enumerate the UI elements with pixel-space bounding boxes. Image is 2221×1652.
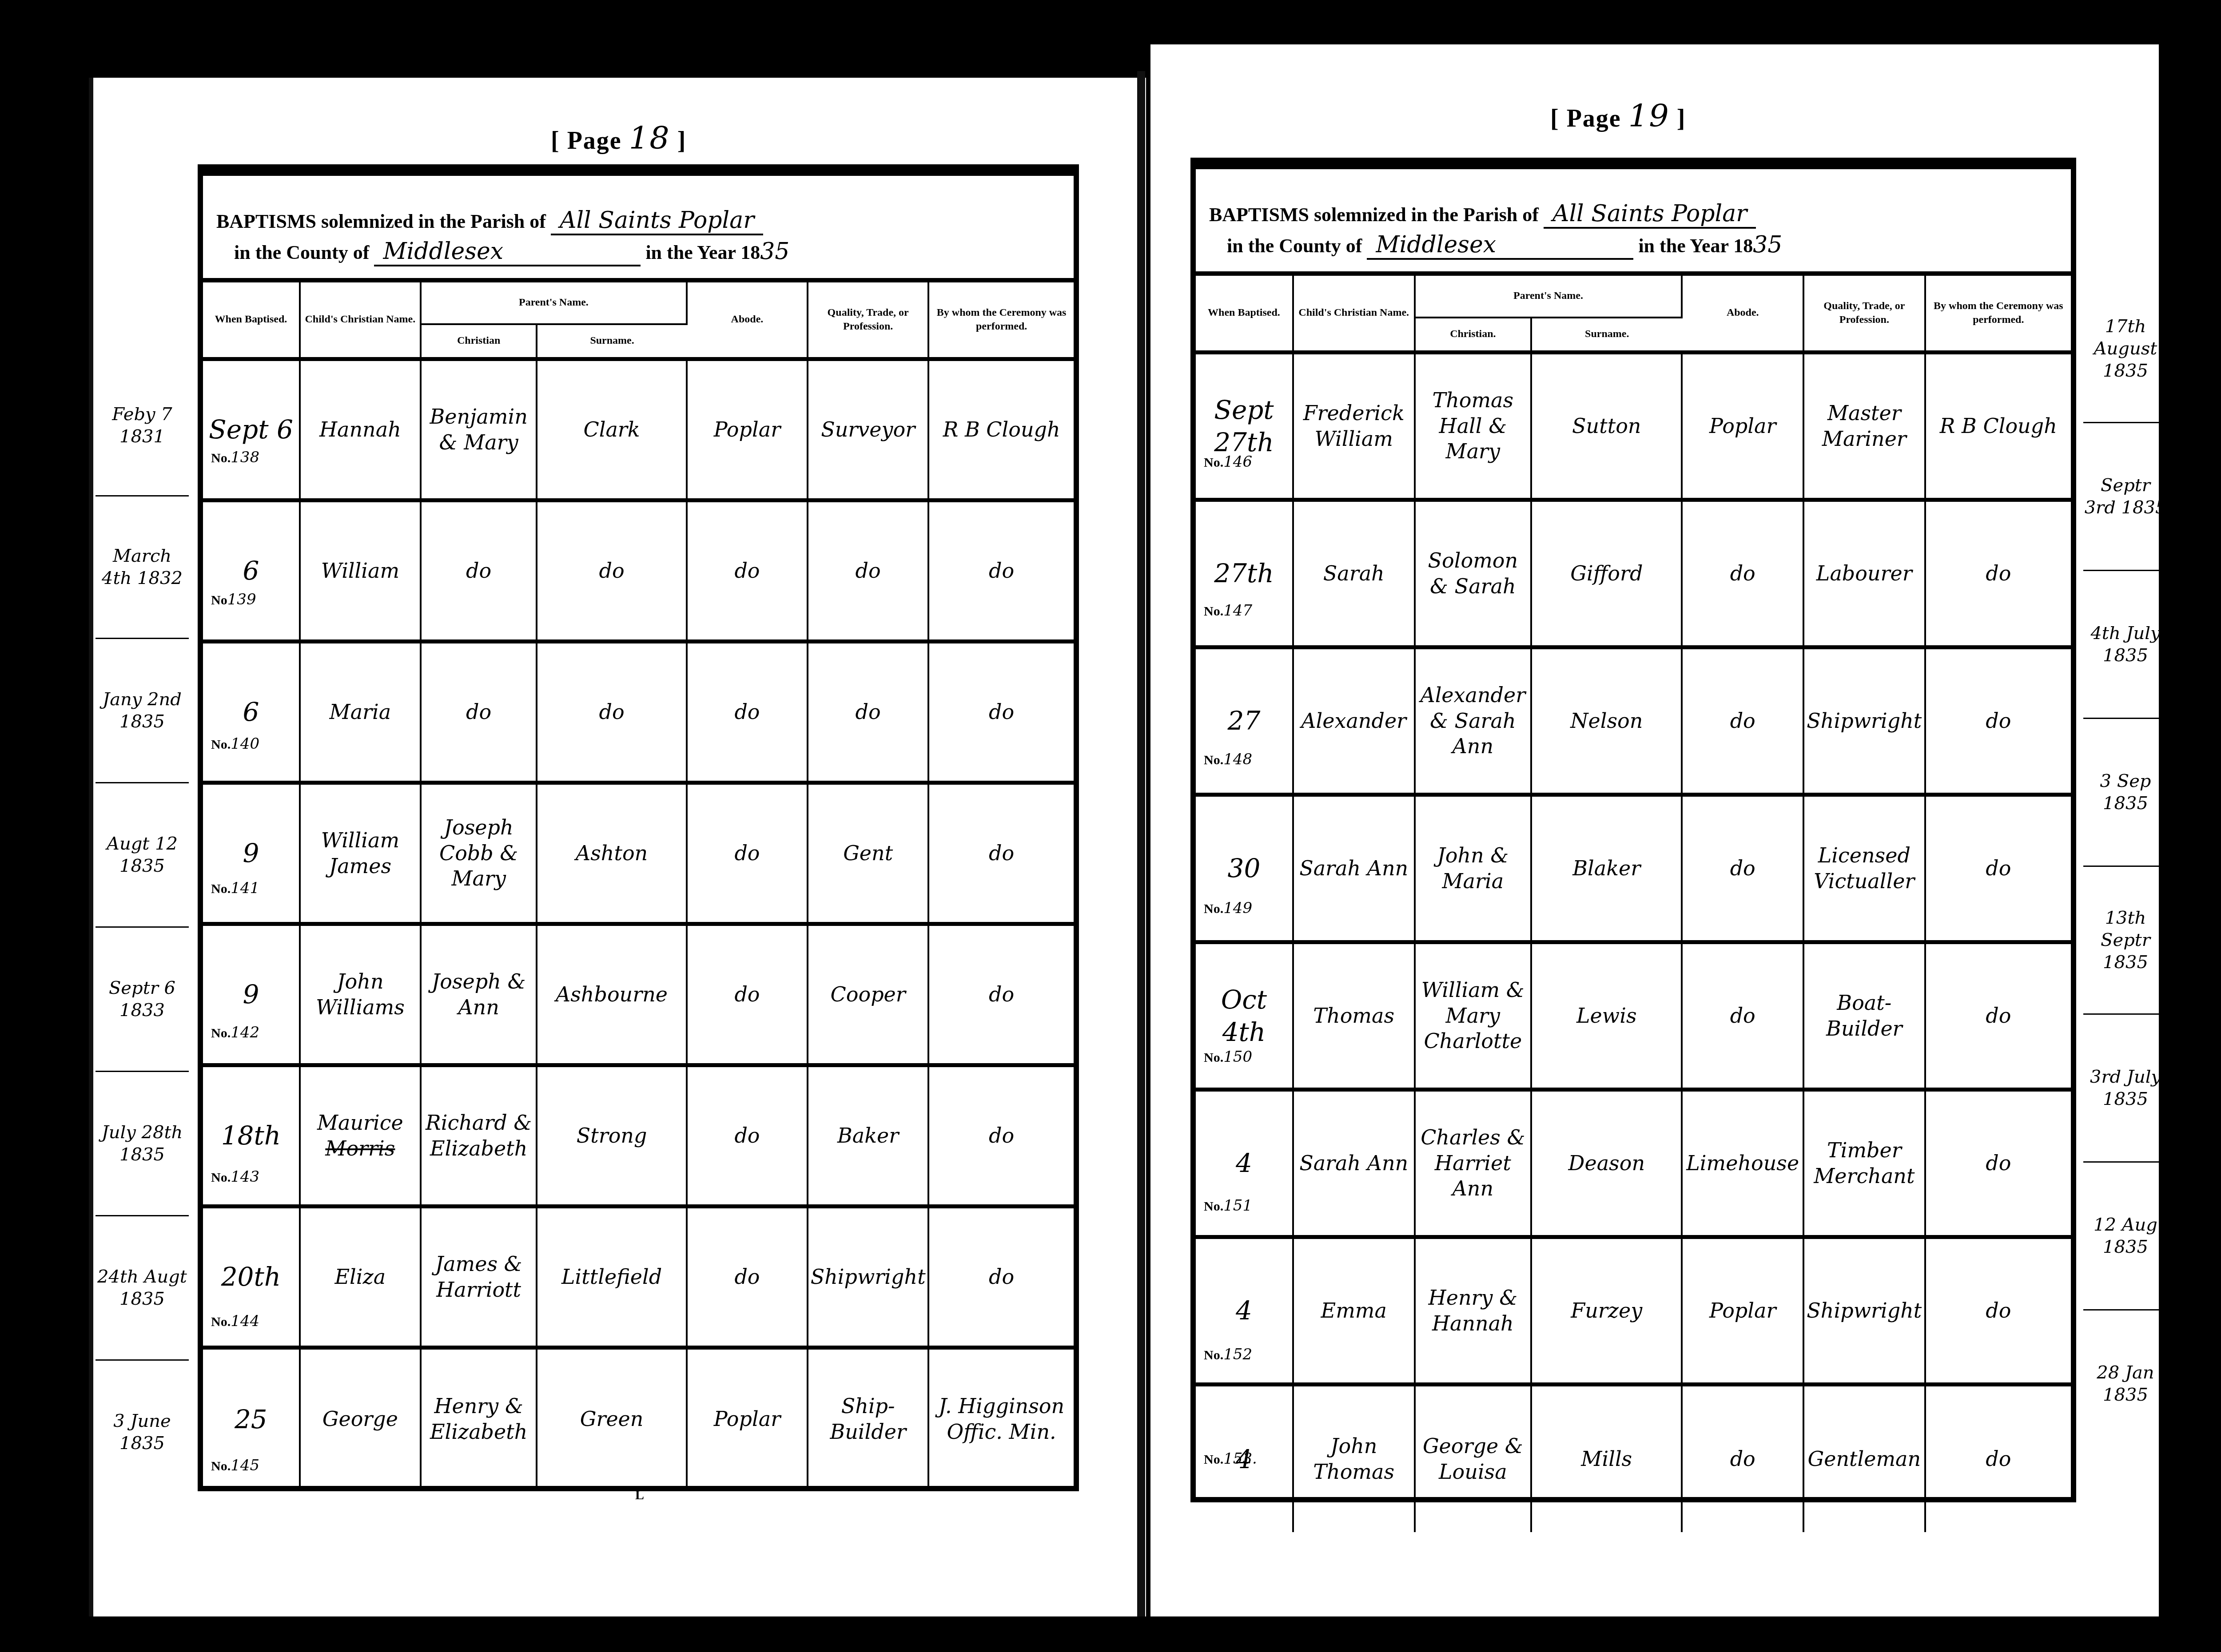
child-name: Frederick William bbox=[1293, 353, 1415, 500]
margin-note: Septr 6 1833 bbox=[96, 928, 189, 1072]
parents-surname: Clark bbox=[537, 359, 687, 500]
table-row: 30 Sarah Ann John & Maria Blaker do Lice… bbox=[1196, 795, 2071, 942]
child-name: Sarah Ann bbox=[1293, 1090, 1415, 1237]
trade: Shipwright bbox=[1803, 1237, 1925, 1385]
child-name: John Thomas bbox=[1293, 1385, 1415, 1532]
parents-christian: Alexander & Sarah Ann bbox=[1415, 647, 1532, 795]
abode: do bbox=[687, 1065, 808, 1207]
county-name: Middlesex bbox=[1367, 231, 1633, 260]
parents-surname: Furzey bbox=[1531, 1237, 1682, 1385]
table-row: 4 Sarah Ann Charles & Harriet Ann Deason… bbox=[1196, 1090, 2071, 1237]
parents-christian: Richard & Elizabeth bbox=[421, 1065, 537, 1207]
parents-christian: George & Louisa bbox=[1415, 1385, 1532, 1532]
parents-surname: Nelson bbox=[1531, 647, 1682, 795]
officiant: do bbox=[1925, 942, 2071, 1090]
abode: Poplar bbox=[687, 359, 808, 500]
col-parent-surname: Surname. bbox=[537, 324, 687, 359]
abode: do bbox=[687, 500, 808, 642]
parents-christian: James & Harriott bbox=[421, 1207, 537, 1348]
abode: do bbox=[1682, 795, 1803, 942]
col-parent-christian: Christian bbox=[421, 324, 537, 359]
officiant: R B Clough bbox=[928, 359, 1074, 500]
col-parent-christian: Christian. bbox=[1415, 318, 1532, 353]
trade: Gent bbox=[808, 783, 928, 924]
table-row: 6 Maria do do do do do bbox=[203, 642, 1074, 783]
right-page-number: [ Page 19 ] bbox=[1550, 98, 1686, 134]
margin-note: 13th Septr 1835 bbox=[2083, 867, 2168, 1015]
parents-surname: Deason bbox=[1531, 1090, 1682, 1237]
parents-christian: do bbox=[421, 642, 537, 783]
abode: Poplar bbox=[1682, 353, 1803, 500]
child-name: John Williams bbox=[300, 924, 421, 1065]
parish-name: All Saints Poplar bbox=[551, 207, 763, 235]
parents-christian: Joseph & Ann bbox=[421, 924, 537, 1065]
parents-christian: Thomas Hall & Mary bbox=[1415, 353, 1532, 500]
trade: Cooper bbox=[808, 924, 928, 1065]
col-child: Child's Christian Name. bbox=[300, 282, 421, 359]
trade: do bbox=[808, 642, 928, 783]
abode: Poplar bbox=[687, 1348, 808, 1489]
parents-surname: Strong bbox=[537, 1065, 687, 1207]
table-row: 27 Alexander Alexander & Sarah Ann Nelso… bbox=[1196, 647, 2071, 795]
book-gutter bbox=[1137, 71, 1145, 1616]
table-row: Sept 6 Hannah Benjamin & Mary Clark Popl… bbox=[203, 359, 1074, 500]
officiant: do bbox=[928, 924, 1074, 1065]
officiant: R B Clough bbox=[1925, 353, 2071, 500]
parents-surname: Sutton bbox=[1531, 353, 1682, 500]
trade: Surveyor bbox=[808, 359, 928, 500]
officiant: do bbox=[1925, 1237, 2071, 1385]
margin-note: 12 Aug 1835 bbox=[2083, 1163, 2168, 1310]
table-row: Oct 4th Thomas William & Mary Charlotte … bbox=[1196, 942, 2071, 1090]
officiant: do bbox=[1925, 795, 2071, 942]
child-name: George bbox=[300, 1348, 421, 1489]
table-row: 6 William do do do do do bbox=[203, 500, 1074, 642]
parents-christian: Joseph Cobb & Mary bbox=[421, 783, 537, 924]
right-margin-birth-dates: 17th August 1835 Septr 3rd 1835 4th July… bbox=[2083, 275, 2168, 1457]
child-name: William bbox=[300, 500, 421, 642]
child-name: Eliza bbox=[300, 1207, 421, 1348]
officiant: do bbox=[1925, 1090, 2071, 1237]
margin-note: 28 Jan 1835 bbox=[2083, 1310, 2168, 1457]
parents-surname: Littlefield bbox=[537, 1207, 687, 1348]
child-name: William James bbox=[300, 783, 421, 924]
abode: Limehouse bbox=[1682, 1090, 1803, 1237]
table-row: 4 Emma Henry & Hannah Furzey Poplar Ship… bbox=[1196, 1237, 2071, 1385]
struck-name: Morris bbox=[325, 1136, 395, 1160]
abode: do bbox=[687, 924, 808, 1065]
officiant: do bbox=[1925, 500, 2071, 647]
abode: do bbox=[1682, 1385, 1803, 1532]
child-name: Sarah Ann bbox=[1293, 795, 1415, 942]
parish-name: All Saints Poplar bbox=[1544, 200, 1756, 229]
margin-note: Feby 7 1831 bbox=[96, 355, 189, 496]
trade: do bbox=[808, 500, 928, 642]
parents-surname: do bbox=[537, 500, 687, 642]
abode: do bbox=[1682, 942, 1803, 1090]
child-name: Alexander bbox=[1293, 647, 1415, 795]
margin-note: Septr 3rd 1835 bbox=[2083, 423, 2168, 571]
margin-note: March 4th 1832 bbox=[96, 496, 189, 639]
col-parents: Parent's Name. bbox=[1415, 276, 1682, 318]
col-trade: Quality, Trade, or Profession. bbox=[808, 282, 928, 359]
col-when: When Baptised. bbox=[203, 282, 300, 359]
county-name: Middlesex bbox=[374, 238, 641, 266]
table-row: 27th Sarah Solomon & Sarah Gifford do La… bbox=[1196, 500, 2071, 647]
baptism-table: When Baptised. Child's Christian Name. P… bbox=[203, 282, 1074, 1489]
table-row: Sept 27th Frederick William Thomas Hall … bbox=[1196, 353, 2071, 500]
margin-note: 4th July 1835 bbox=[2083, 571, 2168, 719]
child-name: Emma bbox=[1293, 1237, 1415, 1385]
left-page-number: [ Page 18 ] bbox=[551, 120, 686, 156]
officiant: do bbox=[1925, 647, 2071, 795]
table-row: 9 William James Joseph Cobb & Mary Ashto… bbox=[203, 783, 1074, 924]
margin-note: Jany 2nd 1835 bbox=[96, 639, 189, 783]
table-row: 18th MauriceMorris Richard & Elizabeth S… bbox=[203, 1065, 1074, 1207]
entry-number: No.153. bbox=[1204, 1450, 1257, 1648]
col-when: When Baptised. bbox=[1196, 276, 1293, 353]
parents-surname: Green bbox=[537, 1348, 687, 1489]
baptism-table: When Baptised. Child's Christian Name. P… bbox=[1196, 276, 2071, 1532]
parents-surname: Lewis bbox=[1531, 942, 1682, 1090]
officiant: do bbox=[928, 1207, 1074, 1348]
parents-christian: John & Maria bbox=[1415, 795, 1532, 942]
col-abode: Abode. bbox=[687, 282, 808, 359]
parents-christian: William & Mary Charlotte bbox=[1415, 942, 1532, 1090]
parents-christian: do bbox=[421, 500, 537, 642]
col-child: Child's Christian Name. bbox=[1293, 276, 1415, 353]
col-trade: Quality, Trade, or Profession. bbox=[1803, 276, 1925, 353]
officiant: J. Higginson Offic. Min. bbox=[928, 1348, 1074, 1489]
parents-christian: Henry & Elizabeth bbox=[421, 1348, 537, 1489]
parents-surname: Ashton bbox=[537, 783, 687, 924]
trade: Gentleman bbox=[1803, 1385, 1925, 1532]
trade: Shipwright bbox=[808, 1207, 928, 1348]
trade: Ship-Builder bbox=[808, 1348, 928, 1489]
trade: Master Mariner bbox=[1803, 353, 1925, 500]
margin-note: 3 June 1835 bbox=[96, 1361, 189, 1504]
trade: Boat-Builder bbox=[1803, 942, 1925, 1090]
abode: do bbox=[687, 783, 808, 924]
table-row: 20th Eliza James & Harriott Littlefield … bbox=[203, 1207, 1074, 1348]
left-margin-birth-dates: Feby 7 1831 March 4th 1832 Jany 2nd 1835… bbox=[96, 355, 189, 1504]
parents-surname: do bbox=[537, 642, 687, 783]
register-header: BAPTISMS solemnized in the Parish of All… bbox=[1196, 169, 2071, 276]
col-parents: Parent's Name. bbox=[421, 282, 687, 324]
col-by-whom: By whom the Ceremony was performed. bbox=[1925, 276, 2071, 353]
left-baptism-register: BAPTISMS solemnized in the Parish of All… bbox=[198, 164, 1079, 1491]
child-name: Thomas bbox=[1293, 942, 1415, 1090]
abode: do bbox=[1682, 500, 1803, 647]
parents-christian: Solomon & Sarah bbox=[1415, 500, 1532, 647]
parents-christian: Benjamin & Mary bbox=[421, 359, 537, 500]
officiant: do bbox=[928, 642, 1074, 783]
margin-note: Augt 12 1835 bbox=[96, 783, 189, 928]
child-name: Hannah bbox=[300, 359, 421, 500]
abode: do bbox=[687, 1207, 808, 1348]
margin-note: 3rd July 1835 bbox=[2083, 1015, 2168, 1163]
parents-christian: Charles & Harriet Ann bbox=[1415, 1090, 1532, 1237]
parents-surname: Gifford bbox=[1531, 500, 1682, 647]
footer-signature-mark: L bbox=[635, 1488, 644, 1503]
trade: Shipwright bbox=[1803, 647, 1925, 795]
parents-surname: Mills bbox=[1531, 1385, 1682, 1532]
year-suffix: 35 bbox=[1753, 231, 1782, 258]
officiant: do bbox=[928, 500, 1074, 642]
parents-surname: Ashbourne bbox=[537, 924, 687, 1065]
trade: Labourer bbox=[1803, 500, 1925, 647]
table-row: 25 George Henry & Elizabeth Green Poplar… bbox=[203, 1348, 1074, 1489]
margin-note: 17th August 1835 bbox=[2083, 275, 2168, 423]
right-baptism-register: BAPTISMS solemnized in the Parish of All… bbox=[1190, 158, 2076, 1502]
parents-christian: Henry & Hannah bbox=[1415, 1237, 1532, 1385]
table-row: 9 John Williams Joseph & Ann Ashbourne d… bbox=[203, 924, 1074, 1065]
margin-note: 3 Sep 1835 bbox=[2083, 719, 2168, 867]
col-by-whom: By whom the Ceremony was performed. bbox=[928, 282, 1074, 359]
year-suffix: 35 bbox=[760, 238, 789, 265]
child-name: MauriceMorris bbox=[300, 1065, 421, 1207]
margin-note: 24th Augt 1835 bbox=[96, 1216, 189, 1361]
table-row: 4 John Thomas George & Louisa Mills do G… bbox=[1196, 1385, 2071, 1532]
col-parent-surname: Surname. bbox=[1531, 318, 1682, 353]
trade: Licensed Victualler bbox=[1803, 795, 1925, 942]
entry-number: No.145 bbox=[211, 1457, 259, 1648]
register-header: BAPTISMS solemnized in the Parish of All… bbox=[203, 176, 1074, 282]
parents-surname: Blaker bbox=[1531, 795, 1682, 942]
officiant: do bbox=[928, 1065, 1074, 1207]
child-name: Sarah bbox=[1293, 500, 1415, 647]
abode: Poplar bbox=[1682, 1237, 1803, 1385]
officiant: do bbox=[1925, 1385, 2071, 1532]
trade: Timber Merchant bbox=[1803, 1090, 1925, 1237]
trade: Baker bbox=[808, 1065, 928, 1207]
margin-note: July 28th 1835 bbox=[96, 1072, 189, 1216]
abode: do bbox=[687, 642, 808, 783]
officiant: do bbox=[928, 783, 1074, 924]
col-abode: Abode. bbox=[1682, 276, 1803, 353]
abode: do bbox=[1682, 647, 1803, 795]
child-name: Maria bbox=[300, 642, 421, 783]
